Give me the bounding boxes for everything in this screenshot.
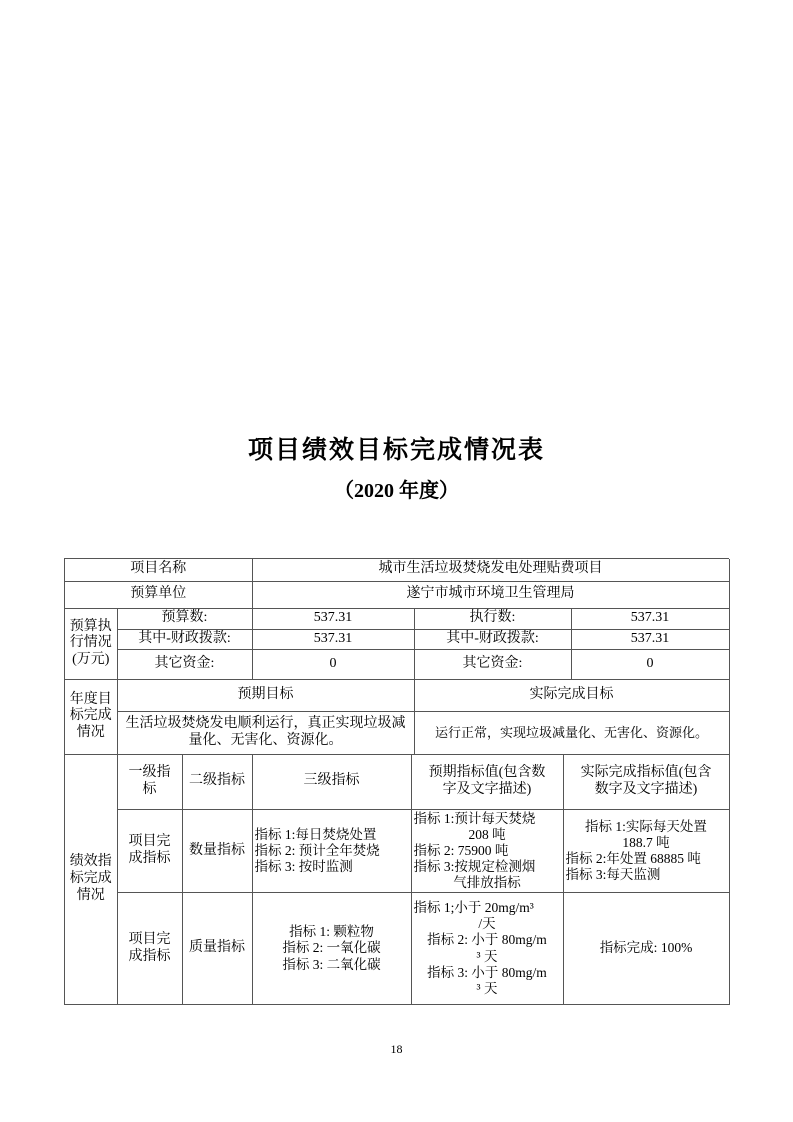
section-project-info: 项目名称 城市生活垃圾焚烧发电处理贴费项目 预算单位 遂宁市城市环境卫生管理局: [65, 559, 730, 609]
table-row: 预算执 行情况 (万元) 预算数: 537.31 执行数: 537.31: [65, 609, 729, 630]
table-row: 其它资金: 0 其它资金: 0: [65, 650, 729, 680]
col-header-level3: 三级指标: [252, 755, 411, 810]
document-title: 项目绩效目标完成情况表: [0, 430, 793, 466]
actual-goal-text: 运行正常，实现垃圾减量化、无害化、资源化。: [414, 711, 729, 754]
indicator-expected: 指标 1;小于 20mg/m³/天指标 2: 小于 80mg/m³ 天指标 3:…: [411, 893, 563, 1005]
budget-label: 预算数:: [117, 609, 252, 630]
budget-label: 其它资金:: [117, 650, 252, 680]
table-row: 项目名称 城市生活垃圾焚烧发电处理贴费项目: [65, 559, 729, 581]
indicator-level3: 指标 1: 颗粒物指标 2: 一氧化碳指标 3: 二氧化碳: [252, 893, 411, 1005]
document-page: 项目绩效目标完成情况表 （2020 年度） 项目名称 城市生活垃圾焚烧发电处理贴…: [0, 0, 793, 1122]
col-header-actual: 实际完成指标值(包含 数字及文字描述): [563, 755, 729, 810]
expected-goal-text: 生活垃圾焚烧发电顺利运行，真正实现垃圾减量化、无害化、资源化。: [117, 711, 414, 754]
indicator-actual: 指标 1:实际每天处置188.7 吨指标 2:年处置 68885 吨指标 3:每…: [563, 810, 729, 893]
col-header-level2: 二级指标: [182, 755, 252, 810]
indicator-level1: 项目完 成指标: [117, 810, 182, 893]
budget-value: 0: [252, 650, 414, 680]
page-number: 18: [0, 1042, 793, 1057]
table-row: 其中-财政拨款: 537.31 其中-财政拨款: 537.31: [65, 630, 729, 650]
actual-goal-label: 实际完成目标: [414, 680, 729, 711]
table-row: 项目完 成指标 质量指标 指标 1: 颗粒物指标 2: 一氧化碳指标 3: 二氧…: [65, 893, 729, 1005]
budget-value: 537.31: [252, 609, 414, 630]
budget-label: 其中-财政拨款:: [414, 630, 571, 650]
budget-value: 537.31: [571, 609, 729, 630]
section-annual-goal: 年度目 标完成 情况 预期目标 实际完成目标 生活垃圾焚烧发电顺利运行，真正实现…: [65, 680, 730, 755]
expected-goal-label: 预期目标: [117, 680, 414, 711]
budget-unit-label: 预算单位: [65, 581, 252, 608]
indicator-actual: 指标完成: 100%: [563, 893, 729, 1005]
budget-exec-header: 预算执 行情况 (万元): [65, 609, 117, 680]
annual-goal-header: 年度目 标完成 情况: [65, 680, 117, 754]
indicator-level3: 指标 1:每日焚烧处置指标 2: 预计全年焚烧指标 3: 按时监测: [252, 810, 411, 893]
indicator-level2: 数量指标: [182, 810, 252, 893]
budget-value: 537.31: [571, 630, 729, 650]
indicator-expected: 指标 1:预计每天焚烧208 吨指标 2: 75900 吨指标 3:按规定检测烟…: [411, 810, 563, 893]
table-row: 生活垃圾焚烧发电顺利运行，真正实现垃圾减量化、无害化、资源化。 运行正常，实现垃…: [65, 711, 729, 754]
budget-value: 0: [571, 650, 729, 680]
budget-unit-value: 遂宁市城市环境卫生管理局: [252, 581, 729, 608]
table-row: 项目完 成指标 数量指标 指标 1:每日焚烧处置指标 2: 预计全年焚烧指标 3…: [65, 810, 729, 893]
budget-value: 537.31: [252, 630, 414, 650]
budget-label: 其它资金:: [414, 650, 571, 680]
performance-table: 项目名称 城市生活垃圾焚烧发电处理贴费项目 预算单位 遂宁市城市环境卫生管理局 …: [64, 558, 729, 1005]
project-name-value: 城市生活垃圾焚烧发电处理贴费项目: [252, 559, 729, 581]
document-subtitle: （2020 年度）: [0, 474, 793, 503]
table-row: 预算单位 遂宁市城市环境卫生管理局: [65, 581, 729, 608]
table-row: 年度目 标完成 情况 预期目标 实际完成目标: [65, 680, 729, 711]
indicator-level2: 质量指标: [182, 893, 252, 1005]
budget-label: 其中-财政拨款:: [117, 630, 252, 650]
project-name-label: 项目名称: [65, 559, 252, 581]
col-header-expected: 预期指标值(包含数 字及文字描述): [411, 755, 563, 810]
section-performance-indicators: 绩效指 标完成 情况 一级指 标 二级指标 三级指标 预期指标值(包含数 字及文…: [65, 755, 730, 1006]
section-budget-execution: 预算执 行情况 (万元) 预算数: 537.31 执行数: 537.31 其中-…: [65, 609, 730, 681]
performance-header: 绩效指 标完成 情况: [65, 755, 117, 1005]
table-row: 绩效指 标完成 情况 一级指 标 二级指标 三级指标 预期指标值(包含数 字及文…: [65, 755, 729, 810]
col-header-level1: 一级指 标: [117, 755, 182, 810]
indicator-level1: 项目完 成指标: [117, 893, 182, 1005]
budget-label: 执行数:: [414, 609, 571, 630]
